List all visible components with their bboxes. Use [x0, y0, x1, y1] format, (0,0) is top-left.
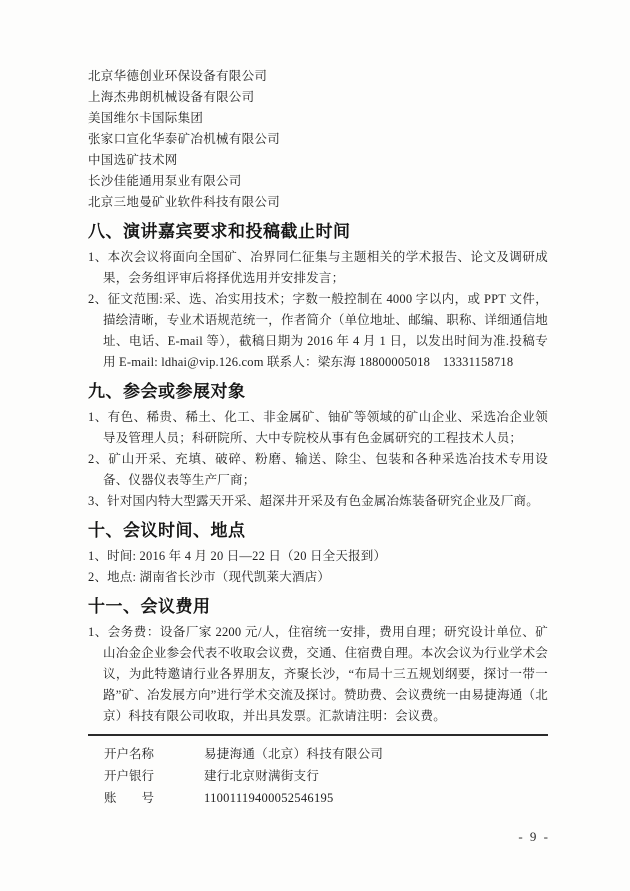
bank-bank-name-row: 开户银行 建行北京财满街支行	[88, 765, 548, 787]
bank-account-name-row: 开户名称 易捷海通（北京）科技有限公司	[88, 743, 548, 765]
section-heading-10: 十、会议时间、地点	[88, 519, 548, 542]
section-fees: 十一、会议费用 1、会务费：设备厂家 2200 元/人，住宿统一安排，费用自理；…	[88, 595, 548, 727]
company-list: 北京华德创业环保设备有限公司 上海杰弗朗机械设备有限公司 美国维尔卡国际集团 张…	[88, 66, 548, 213]
section-11-item-1: 1、会务费：设备厂家 2200 元/人，住宿统一安排，费用自理；研究设计单位、矿…	[88, 622, 548, 727]
section-time-location: 十、会议时间、地点 1、时间: 2016 年 4 月 20 日—22 日（20 …	[88, 519, 548, 588]
bank-account-number-label: 账 号	[104, 787, 204, 809]
section-10-item-2: 2、地点: 湖南省长沙市（现代凯莱大酒店）	[88, 567, 548, 588]
section-speaker-requirements: 八、演讲嘉宾要求和投稿截止时间 1、本次会议将面向全国矿、冶界同仁征集与主题相关…	[88, 220, 548, 373]
bank-account-number-row: 账 号 11001119400052546195	[88, 787, 548, 809]
company-list-item: 北京华德创业环保设备有限公司	[88, 66, 548, 87]
company-list-item: 长沙佳能通用泵业有限公司	[88, 171, 548, 192]
bank-bank-name-value: 建行北京财满街支行	[204, 765, 548, 787]
bank-account-name-value: 易捷海通（北京）科技有限公司	[204, 743, 548, 765]
section-heading-11: 十一、会议费用	[88, 595, 548, 618]
bank-account-table: 开户名称 易捷海通（北京）科技有限公司 开户银行 建行北京财满街支行 账 号 1…	[88, 734, 548, 809]
section-10-item-1: 1、时间: 2016 年 4 月 20 日—22 日（20 日全天报到）	[88, 546, 548, 567]
section-heading-8: 八、演讲嘉宾要求和投稿截止时间	[88, 220, 548, 243]
section-8-item-2: 2、征文范围:采、选、冶实用技术；字数一般控制在 4000 字以内，或 PPT …	[88, 289, 548, 373]
company-list-item: 北京三地曼矿业软件科技有限公司	[88, 192, 548, 213]
bank-account-number-value: 11001119400052546195	[204, 787, 548, 809]
document-page: 北京华德创业环保设备有限公司 上海杰弗朗机械设备有限公司 美国维尔卡国际集团 张…	[0, 0, 630, 891]
section-heading-9: 九、参会或参展对象	[88, 380, 548, 403]
company-list-item: 美国维尔卡国际集团	[88, 108, 548, 129]
section-9-item-2: 2、矿山开采、充填、破碎、粉磨、输送、除尘、包装和各种采选冶技术专用设备、仪器仪…	[88, 449, 548, 491]
bank-account-name-label: 开户名称	[104, 743, 204, 765]
section-attendees: 九、参会或参展对象 1、有色、稀贵、稀土、化工、非金属矿、铀矿等领域的矿山企业、…	[88, 380, 548, 512]
section-9-item-1: 1、有色、稀贵、稀土、化工、非金属矿、铀矿等领域的矿山企业、采选冶企业领导及管理…	[88, 407, 548, 449]
company-list-item: 中国选矿技术网	[88, 150, 548, 171]
company-list-item: 上海杰弗朗机械设备有限公司	[88, 87, 548, 108]
section-8-item-1: 1、本次会议将面向全国矿、冶界同仁征集与主题相关的学术报告、论文及调研成果，会务…	[88, 247, 548, 289]
section-9-item-3: 3、针对国内特大型露天开采、超深井开采及有色金属冶炼装备研究企业及厂商。	[88, 491, 548, 512]
bank-bank-name-label: 开户银行	[104, 765, 204, 787]
page-number: - 9 -	[518, 829, 550, 845]
company-list-item: 张家口宣化华泰矿冶机械有限公司	[88, 129, 548, 150]
